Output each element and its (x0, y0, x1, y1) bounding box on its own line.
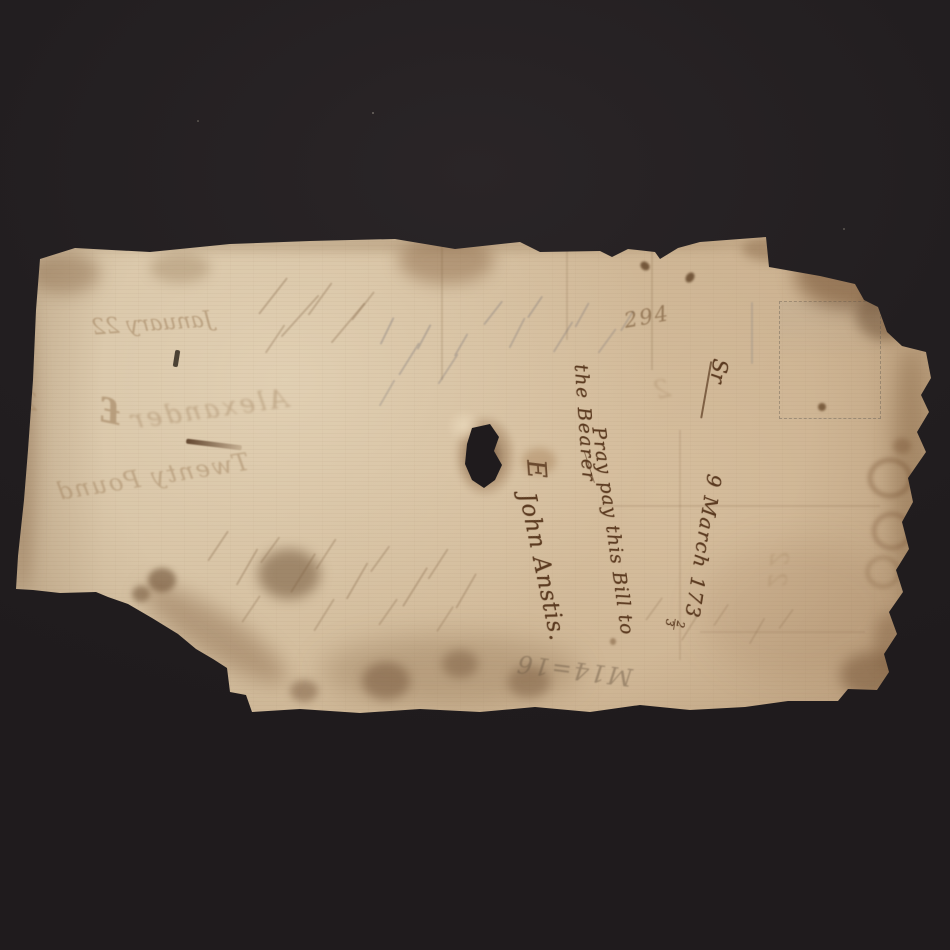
hatch-stroke (378, 598, 398, 625)
stain (362, 662, 410, 700)
hatch-stroke (645, 597, 663, 621)
hatch-stroke (553, 321, 574, 352)
stain (639, 260, 652, 273)
crease (700, 631, 865, 633)
showthrough-amount-line: Twenty Pound (53, 448, 251, 506)
stain (610, 638, 616, 645)
hatch-stroke (454, 333, 469, 356)
hatch-stroke (417, 324, 432, 350)
showthrough-curl-marks: 22 (762, 544, 794, 589)
docket-number: 294 (622, 301, 672, 333)
dust-speck (197, 120, 199, 122)
date-fraction: 23 (663, 617, 685, 631)
hatch-stroke (597, 328, 616, 353)
stain (684, 271, 697, 285)
showthrough-name-line: Alexander (126, 384, 289, 436)
stain (742, 236, 814, 262)
hatch-stroke (241, 595, 260, 623)
hatch-stroke (508, 317, 525, 348)
hatch-stroke (313, 598, 335, 631)
showthrough-small-mark: 2 (651, 374, 673, 407)
hatch-stroke (436, 606, 454, 632)
hatch-stroke (346, 562, 369, 599)
stain (28, 252, 100, 294)
crease (600, 505, 880, 507)
stain (442, 650, 478, 678)
hatch-stroke (207, 530, 229, 561)
hatch-stroke (380, 317, 395, 345)
showthrough-pound-mark: £ (94, 390, 125, 434)
hatch-stroke (370, 545, 390, 572)
crease (441, 240, 443, 380)
hatch-stroke (527, 296, 543, 319)
hatch-stroke (308, 282, 333, 315)
stamp-impression-line (751, 302, 753, 364)
stain (10, 286, 36, 592)
dust-speck (843, 228, 845, 230)
showthrough-date-line: January 22 (91, 307, 214, 340)
hatch-stroke (236, 548, 259, 585)
hatch-stroke (574, 302, 589, 327)
hatch-stroke (483, 301, 503, 326)
hatch-stroke (427, 548, 448, 579)
hatch-stroke (265, 324, 286, 353)
hatch-stroke (258, 277, 288, 314)
ring-stain (868, 458, 912, 498)
stain (795, 238, 913, 310)
order-line-2: the Bearer (570, 363, 600, 482)
ring-stain (872, 512, 912, 550)
signature-john-anstis: John Anstis. (514, 490, 571, 643)
ink-dash-mark (186, 439, 242, 451)
paper-note: January 22 £ Alexander Twenty Pound 2 2 … (0, 0, 950, 950)
hatch-stroke (379, 379, 396, 406)
stain (290, 680, 318, 702)
photo-scene: January 22 £ Alexander Twenty Pound 2 2 … (0, 0, 950, 950)
hatch-stroke (455, 573, 477, 609)
hatch-stroke (281, 294, 320, 337)
ring-stain (866, 556, 900, 588)
stamp-impression (779, 301, 881, 419)
hatch-stroke (402, 567, 428, 607)
stain (45, 236, 765, 252)
hatch-stroke (315, 538, 336, 569)
hatch-stroke (351, 291, 375, 320)
dust-speck (372, 112, 374, 114)
stain (150, 253, 210, 283)
dark-slit-mark (173, 350, 181, 368)
date-fraction-denominator: 3 (663, 617, 675, 629)
showthrough-small-mark: 2 (21, 387, 39, 416)
